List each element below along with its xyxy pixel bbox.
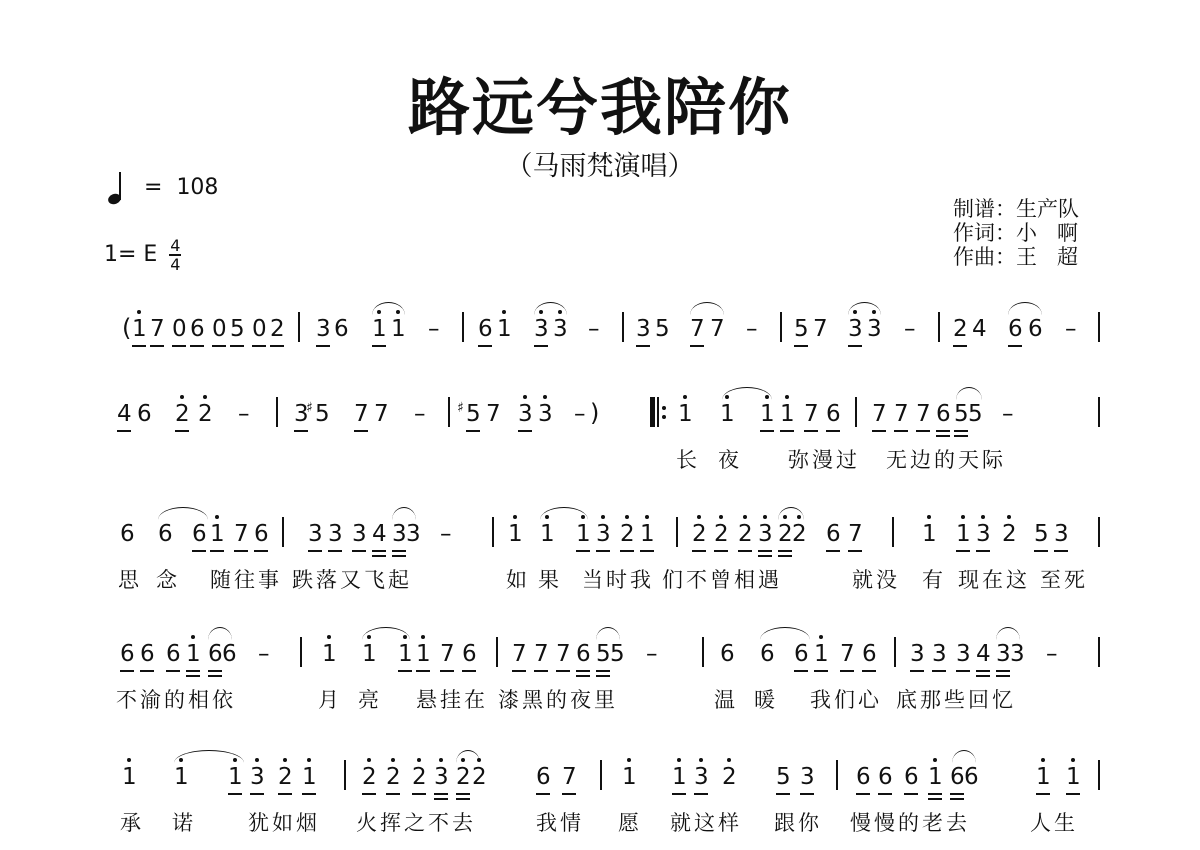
note: 6 [950, 764, 964, 790]
note: 3 [1054, 521, 1068, 547]
note: 2 [778, 521, 792, 547]
slur-icon [596, 627, 620, 640]
note: 1 [576, 521, 590, 547]
note: 7 [840, 641, 854, 667]
score-line: 4622–35♯77–5♯733–)111176777655–长夜弥漫过无边的天… [110, 385, 1110, 445]
tempo-equals: = [144, 175, 162, 200]
note: 1 [928, 764, 942, 790]
barline [702, 637, 704, 667]
lyric: 我们心 [810, 687, 882, 713]
note: 6 [192, 521, 206, 547]
note: 2 [412, 764, 426, 790]
slur-icon [456, 750, 480, 763]
note: 6 [137, 401, 151, 427]
note: 6 [826, 401, 840, 427]
note: 2 [692, 521, 706, 547]
note: 5 [968, 401, 982, 427]
note: 5 [954, 401, 968, 427]
barline [600, 760, 602, 790]
lyric: 犹如烟 [248, 810, 320, 836]
note: 3 [932, 641, 946, 667]
note: 3 [848, 316, 862, 342]
lyric: 诺 [172, 810, 196, 836]
slur-icon [540, 507, 588, 520]
barline [855, 397, 857, 427]
credits: 制谱：生产队 作词：小 啊 作曲：王 超 [953, 197, 1079, 269]
lyric: 人生 [1030, 810, 1078, 836]
score-line: 666166–111176777655–666176333433–不渝的相依月亮… [110, 625, 1110, 685]
note: 6 [1008, 316, 1022, 342]
note: 3 [596, 521, 610, 547]
note: 7 [512, 641, 526, 667]
note: 6 [334, 316, 348, 342]
note: 5 [655, 316, 669, 342]
note: 2 [278, 764, 292, 790]
lyric: 弥漫过 [788, 447, 860, 473]
note: 3 [636, 316, 650, 342]
lyric: 漆黑的夜里 [498, 687, 618, 713]
note: 1 [678, 401, 692, 427]
note: 1 [1036, 764, 1050, 790]
lyric: 就这样 [670, 810, 742, 836]
barline [836, 760, 838, 790]
credit-composer: 作曲：王 超 [953, 245, 1079, 269]
time-sig-bottom: 4 [170, 257, 180, 272]
note: 7 [374, 401, 388, 427]
barline [300, 637, 302, 667]
lyric: 念 [156, 567, 180, 593]
lyric: 如 [506, 567, 530, 593]
barline [1098, 517, 1100, 547]
note: 7 [556, 641, 570, 667]
sustain-dash: – [746, 316, 758, 342]
lyric: 长 [676, 447, 700, 473]
note: 6 [140, 641, 154, 667]
slur-icon [760, 627, 810, 640]
note: 1 [672, 764, 686, 790]
barline [282, 517, 284, 547]
sustain-dash: – [440, 521, 452, 547]
lyric: 当时我 [582, 567, 654, 593]
slur-icon [158, 507, 208, 520]
barline [492, 517, 494, 547]
note: 4 [117, 401, 131, 427]
note: 5 [776, 764, 790, 790]
note: 3 [976, 521, 990, 547]
sustain-dash: – [258, 641, 270, 667]
slur-icon [1008, 302, 1042, 315]
barline [448, 397, 450, 427]
note: 3 [867, 316, 881, 342]
note: 6 [856, 764, 870, 790]
note: 3 [910, 641, 924, 667]
note: 3 [434, 764, 448, 790]
barline [1098, 637, 1100, 667]
note: 1 [720, 401, 734, 427]
key-label: 1= E [104, 242, 157, 267]
note: 2 [270, 316, 284, 342]
note: 6 [120, 641, 134, 667]
note: 5 [1034, 521, 1048, 547]
slur-icon [690, 302, 724, 315]
slur-icon [848, 302, 881, 315]
note: 2 [722, 764, 736, 790]
note: 1 [508, 521, 522, 547]
note: 6 [878, 764, 892, 790]
lyric: 火挥之不去 [356, 810, 476, 836]
slur-icon [362, 627, 410, 640]
slur-icon [534, 302, 567, 315]
sustain-dash: – [1065, 316, 1077, 342]
note: 5 [610, 641, 624, 667]
barline [622, 312, 624, 342]
barline [344, 760, 346, 790]
note: 6 [964, 764, 978, 790]
note: 6 [222, 641, 236, 667]
note: 3 [250, 764, 264, 790]
note: 5 [596, 641, 610, 667]
barline [1098, 760, 1100, 790]
note: 5 [230, 316, 244, 342]
note: 4 [972, 316, 986, 342]
barline [780, 312, 782, 342]
note: 3 [308, 521, 322, 547]
note: 1 [372, 316, 386, 342]
note: 2 [714, 521, 728, 547]
slur-icon [392, 507, 416, 520]
lyric: 亮 [358, 687, 382, 713]
barline [894, 637, 896, 667]
lyric: 思 [118, 567, 142, 593]
lyric: 慢慢的老去 [850, 810, 970, 836]
note: 1 [122, 764, 136, 790]
note: 1 [814, 641, 828, 667]
note: 7 [354, 401, 368, 427]
note: 7 [440, 641, 454, 667]
slur-icon [208, 627, 232, 640]
note: 1 [1066, 764, 1080, 790]
note: 6 [720, 641, 734, 667]
note: 1 [302, 764, 316, 790]
note: 2 [198, 401, 212, 427]
note: 2 [175, 401, 189, 427]
note: 1 [760, 401, 774, 427]
slur-icon [174, 750, 244, 763]
key-signature: 1= E 4 4 [104, 238, 181, 272]
note: 7 [804, 401, 818, 427]
note: 4 [976, 641, 990, 667]
note: 3 [538, 401, 552, 427]
sustain-dash: – [414, 401, 426, 427]
tempo-marking: = 108 [108, 170, 218, 204]
note: 1 [640, 521, 654, 547]
note: 6 [760, 641, 774, 667]
note: 6 [254, 521, 268, 547]
lyric: 愿 [618, 810, 642, 836]
note: 1 [362, 641, 376, 667]
note: 1 [391, 316, 405, 342]
time-signature: 4 4 [169, 238, 181, 272]
lyric: 有 [922, 567, 946, 593]
note: 1 [922, 521, 936, 547]
note: 3 [694, 764, 708, 790]
note: 6 [158, 521, 172, 547]
lyric: 我情 [536, 810, 584, 836]
note: 3 [406, 521, 420, 547]
lyric: 至死 [1040, 567, 1088, 593]
lyric: 悬挂在 [416, 687, 488, 713]
note: 6 [208, 641, 222, 667]
note: 7 [894, 401, 908, 427]
score-line: 1113212223226711325366616611承诺犹如烟火挥之不去我情… [110, 748, 1110, 808]
note: 7 [872, 401, 886, 427]
barline [298, 312, 300, 342]
lyric: 跌落又飞起 [292, 567, 412, 593]
note: 6 [794, 641, 808, 667]
note: 1 [174, 764, 188, 790]
barline [462, 312, 464, 342]
lyric: 现在这 [958, 567, 1030, 593]
note: 6 [936, 401, 950, 427]
sustain-dash: – [1002, 401, 1014, 427]
lyric: 们不曾相遇 [662, 567, 782, 593]
note: 2 [472, 764, 486, 790]
note: 6 [862, 641, 876, 667]
note: 2 [620, 521, 634, 547]
note: 3 [553, 316, 567, 342]
lyric: 无边的天际 [886, 447, 1006, 473]
barline [676, 517, 678, 547]
barline [938, 312, 940, 342]
note: 3 [534, 316, 548, 342]
barline [276, 397, 278, 427]
note: 6 [576, 641, 590, 667]
note: 1 [132, 316, 146, 342]
note: 3 [518, 401, 532, 427]
note: 6 [904, 764, 918, 790]
credit-transcriber: 制谱：生产队 [953, 197, 1079, 221]
time-sig-top: 4 [170, 238, 180, 253]
sustain-dash: – [574, 401, 586, 427]
note: 2 [738, 521, 752, 547]
note: 3 [328, 521, 342, 547]
sustain-dash: – [904, 316, 916, 342]
lyric: 承 [120, 810, 144, 836]
intro-paren: ( [122, 314, 131, 342]
note: 3 [392, 521, 406, 547]
note: 3 [800, 764, 814, 790]
note: 7 [234, 521, 248, 547]
note: 6 [190, 316, 204, 342]
note: 7 [710, 316, 724, 342]
lyric: 随往事 [210, 567, 282, 593]
note: 1 [322, 641, 336, 667]
lyric: 夜 [718, 447, 742, 473]
note: 3 [956, 641, 970, 667]
note: 1 [228, 764, 242, 790]
tempo-value: 108 [176, 175, 218, 200]
barline [1098, 312, 1100, 342]
lyric: 温 [714, 687, 738, 713]
lyric: 果 [538, 567, 562, 593]
note: 6 [536, 764, 550, 790]
slur-icon [996, 627, 1020, 640]
lyric: 暖 [754, 687, 778, 713]
note: 1 [416, 641, 430, 667]
song-title: 路远兮我陪你 [0, 68, 1200, 148]
note: 6 [166, 641, 180, 667]
sustain-dash: – [428, 316, 440, 342]
note: 5♯ [466, 401, 480, 427]
slur-icon [956, 387, 982, 400]
note: 5♯ [315, 401, 329, 427]
note: 3 [758, 521, 772, 547]
note: 0 [212, 316, 226, 342]
note: 1 [186, 641, 200, 667]
note: 6 [826, 521, 840, 547]
note: 7 [690, 316, 704, 342]
note: 1 [497, 316, 511, 342]
note: 5 [794, 316, 808, 342]
note: 2 [456, 764, 470, 790]
note: 2 [362, 764, 376, 790]
intro-paren: ) [590, 399, 599, 427]
note: 2 [792, 521, 806, 547]
sustain-dash: – [588, 316, 600, 342]
note: 1 [210, 521, 224, 547]
slur-icon [722, 387, 772, 400]
note: 2 [1002, 521, 1016, 547]
lyric: 底那些回忆 [896, 687, 1016, 713]
note: 7 [916, 401, 930, 427]
barline [1098, 397, 1100, 427]
sustain-dash: – [1046, 641, 1058, 667]
credit-lyricist: 作词：小 啊 [953, 221, 1079, 245]
barline [496, 637, 498, 667]
note: 7 [562, 764, 576, 790]
slur-icon [778, 507, 804, 520]
note: 0 [172, 316, 186, 342]
note: 2 [386, 764, 400, 790]
slur-icon [952, 750, 976, 763]
quarter-note-icon [108, 170, 124, 204]
note: 1 [622, 764, 636, 790]
score-line: 666176333433–11132122232267113253思念随往事跌落… [110, 505, 1110, 565]
note: 1 [398, 641, 412, 667]
lyric: 不渝的相依 [116, 687, 236, 713]
note: 3 [316, 316, 330, 342]
barline [892, 517, 894, 547]
note: 7 [486, 401, 500, 427]
note: 7 [813, 316, 827, 342]
note: 0 [252, 316, 266, 342]
note: 3 [352, 521, 366, 547]
note: 7 [534, 641, 548, 667]
note: 1 [540, 521, 554, 547]
sustain-dash: – [646, 641, 658, 667]
note: 6 [1028, 316, 1042, 342]
note: 6 [120, 521, 134, 547]
note: 3 [1010, 641, 1024, 667]
slur-icon [372, 302, 405, 315]
lyric: 跟你 [774, 810, 822, 836]
sustain-dash: – [238, 401, 250, 427]
note: 6 [478, 316, 492, 342]
note: 3 [996, 641, 1010, 667]
note: 7 [848, 521, 862, 547]
lyric: 就没 [852, 567, 900, 593]
note: 1 [956, 521, 970, 547]
note: 1 [780, 401, 794, 427]
note: 7 [150, 316, 164, 342]
repeat-start-icon [650, 397, 662, 427]
note: 4 [372, 521, 386, 547]
note: 2 [953, 316, 967, 342]
score-line: (170605023611–6133–3577–5733–2466– [110, 300, 1110, 360]
lyric: 月 [318, 687, 342, 713]
note: 6 [462, 641, 476, 667]
